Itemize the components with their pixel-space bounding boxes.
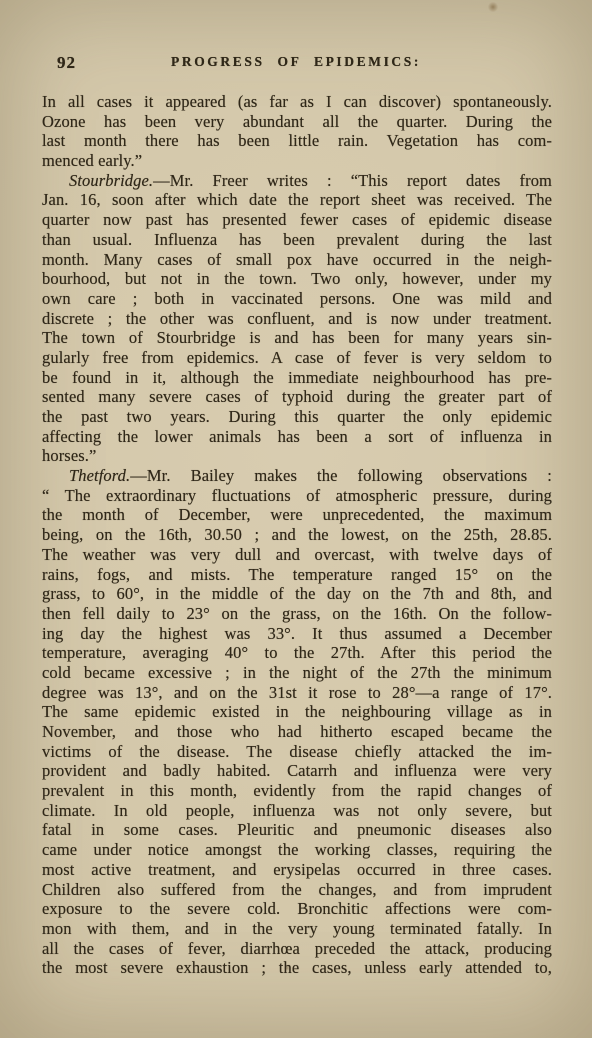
text-line: bourhood, but not in the town. Two only,… [42, 269, 552, 289]
text-line: degree was 13°, and on the 31st it rose … [42, 683, 552, 703]
text-line: In all cases it appeared (as far as I ca… [42, 92, 552, 112]
text-line: The same epidemic existed in the neighbo… [42, 702, 552, 722]
text-line: Stourbridge.—Mr. Freer writes : “This re… [42, 171, 552, 191]
text-line: quarter now past has presented fewer cas… [42, 210, 552, 230]
text-line: then fell daily to 23° on the grass, on … [42, 604, 552, 624]
text-line: month. Many cases of small pox have occu… [42, 250, 552, 270]
text-line: fatal in some cases. Pleuritic and pneum… [42, 820, 552, 840]
paragraph: Stourbridge.—Mr. Freer writes : “This re… [42, 171, 552, 466]
text-line: menced early.” [42, 151, 552, 171]
text-line: “ The extraordinary fluctuations of atmo… [42, 486, 552, 506]
text-line: than usual. Influenza has been prevalent… [42, 230, 552, 250]
paragraph: Thetford.—Mr. Bailey makes the following… [42, 466, 552, 978]
text-line: rains, fogs, and mists. The temperature … [42, 565, 552, 585]
place-name-italic: Thetford. [69, 466, 130, 485]
text-line: grass, to 60°, in the middle of the day … [42, 584, 552, 604]
text-line: temperature, averaging 40° to the 27th. … [42, 643, 552, 663]
page-body: In all cases it appeared (as far as I ca… [42, 92, 552, 978]
text-line: victims of the disease. The disease chie… [42, 742, 552, 762]
text-line: last month there has been little rain. V… [42, 131, 552, 151]
text-line: cold became excessive ; in the night of … [42, 663, 552, 683]
text-line: The weather was very dull and overcast, … [42, 545, 552, 565]
running-header: PROGRESS OF EPIDEMICS: [0, 54, 592, 70]
text-line: the month of December, were unprecedente… [42, 505, 552, 525]
text-line: gularly free from epidemics. A case of f… [42, 348, 552, 368]
text-line: Thetford.—Mr. Bailey makes the following… [42, 466, 552, 486]
text-line: own care ; both in vaccinated persons. O… [42, 289, 552, 309]
text-line: ing day the highest was 33°. It thus ass… [42, 624, 552, 644]
text-line: Children also suffered from the changes,… [42, 880, 552, 900]
text-line: sented many severe cases of typhoid duri… [42, 387, 552, 407]
text-line: all the cases of fever, diarrhœa precede… [42, 939, 552, 959]
text-line: exposure to the severe cold. Bronchitic … [42, 899, 552, 919]
text-line: climate. In old people, influenza was no… [42, 801, 552, 821]
text-line: the most severe exhaustion ; the cases, … [42, 958, 552, 978]
text-line: affecting the lower animals has been a s… [42, 427, 552, 447]
text-line: the past two years. During this quarter … [42, 407, 552, 427]
book-page: 92 PROGRESS OF EPIDEMICS: In all cases i… [0, 0, 592, 1038]
text-line: November, and those who had hitherto esc… [42, 722, 552, 742]
text-line: The town of Stourbridge is and has been … [42, 328, 552, 348]
text-line: discrete ; the other was confluent, and … [42, 309, 552, 329]
text-line: Jan. 16, soon after which date the repor… [42, 190, 552, 210]
text-line: came under notice amongst the working cl… [42, 840, 552, 860]
place-name-italic: Stourbridge. [69, 171, 153, 190]
text-line: be found in it, although the immediate n… [42, 368, 552, 388]
page-header: 92 PROGRESS OF EPIDEMICS: [0, 0, 592, 75]
text-line: horses.” [42, 446, 552, 466]
text-line: mon with them, and in the very young ter… [42, 919, 552, 939]
text-line: Ozone has been very abundant all the qua… [42, 112, 552, 132]
text-line: prevalent in this month, evidently from … [42, 781, 552, 801]
paragraph: In all cases it appeared (as far as I ca… [42, 92, 552, 171]
text-line: being, on the 16th, 30.50 ; and the lowe… [42, 525, 552, 545]
page-number: 92 [57, 53, 76, 73]
text-line: most active treatment, and erysipelas oc… [42, 860, 552, 880]
text-line: provident and badly habited. Catarrh and… [42, 761, 552, 781]
